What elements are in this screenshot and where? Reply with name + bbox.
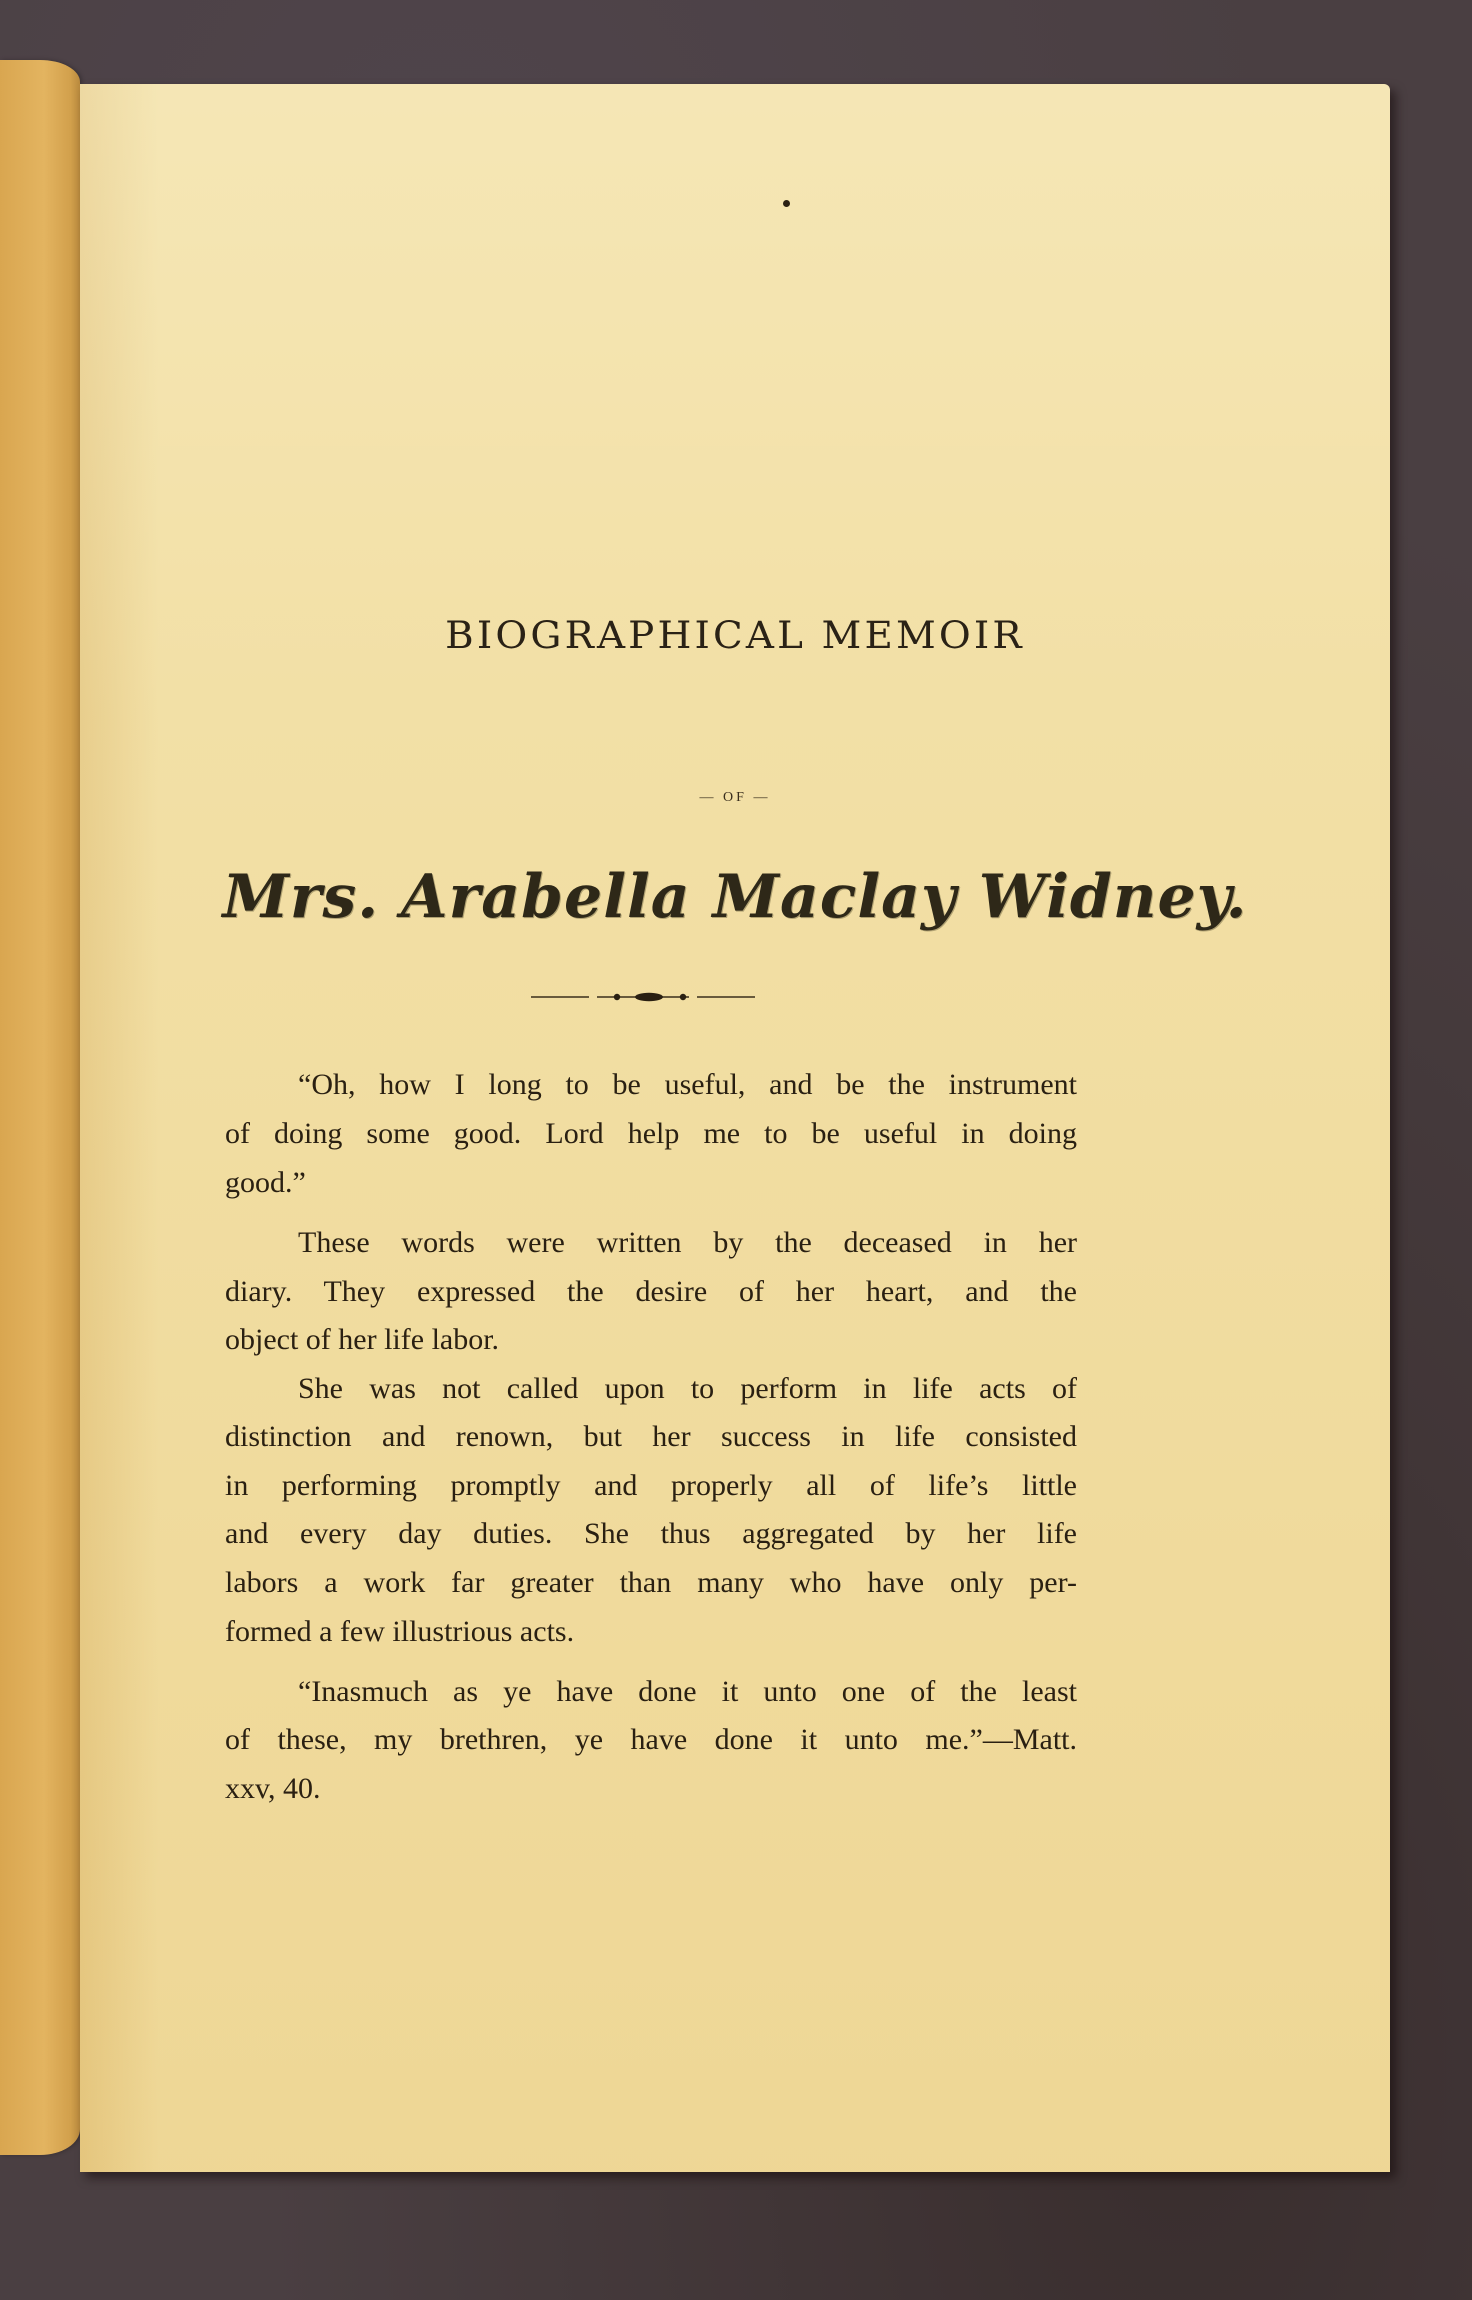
text-line: object of her life labor. xyxy=(225,1320,1077,1360)
text-line: xxv, 40. xyxy=(225,1769,1077,1809)
text-line: formed a few illustrious acts. xyxy=(225,1612,1077,1652)
text-line: distinction and renown, but her success … xyxy=(225,1417,1077,1457)
connector-of: — OF — xyxy=(80,790,1390,806)
text-line: of these, my brethren, ye have done it u… xyxy=(225,1720,1077,1760)
book-page: BIOGRAPHICAL MEMOIR — OF — Mrs. Arabella… xyxy=(80,84,1390,2172)
text-line: labors a work far greater than many who … xyxy=(225,1563,1077,1603)
text-line: “Oh, how I long to be useful, and be the… xyxy=(298,1065,1077,1105)
page-title: BIOGRAPHICAL MEMOIR xyxy=(47,614,1423,657)
facing-page-edge xyxy=(0,60,80,2155)
text-line: These words were written by the deceased… xyxy=(298,1223,1077,1263)
text-line: good.” xyxy=(225,1163,1077,1203)
text-line: of doing some good. Lord help me to be u… xyxy=(225,1114,1077,1154)
text-line: diary. They expressed the desire of her … xyxy=(225,1272,1077,1312)
subject-name: Mrs. Arabella Maclay Widney. xyxy=(80,862,1390,932)
ink-speck xyxy=(783,200,790,207)
text-line: She was not called upon to perform in li… xyxy=(298,1369,1077,1409)
text-line: “Inasmuch as ye have done it unto one of… xyxy=(298,1672,1077,1712)
ornamental-rule-icon xyxy=(531,990,755,1004)
text-line: and every day duties. She thus aggregate… xyxy=(225,1514,1077,1554)
text-line: in performing promptly and properly all … xyxy=(225,1466,1077,1506)
